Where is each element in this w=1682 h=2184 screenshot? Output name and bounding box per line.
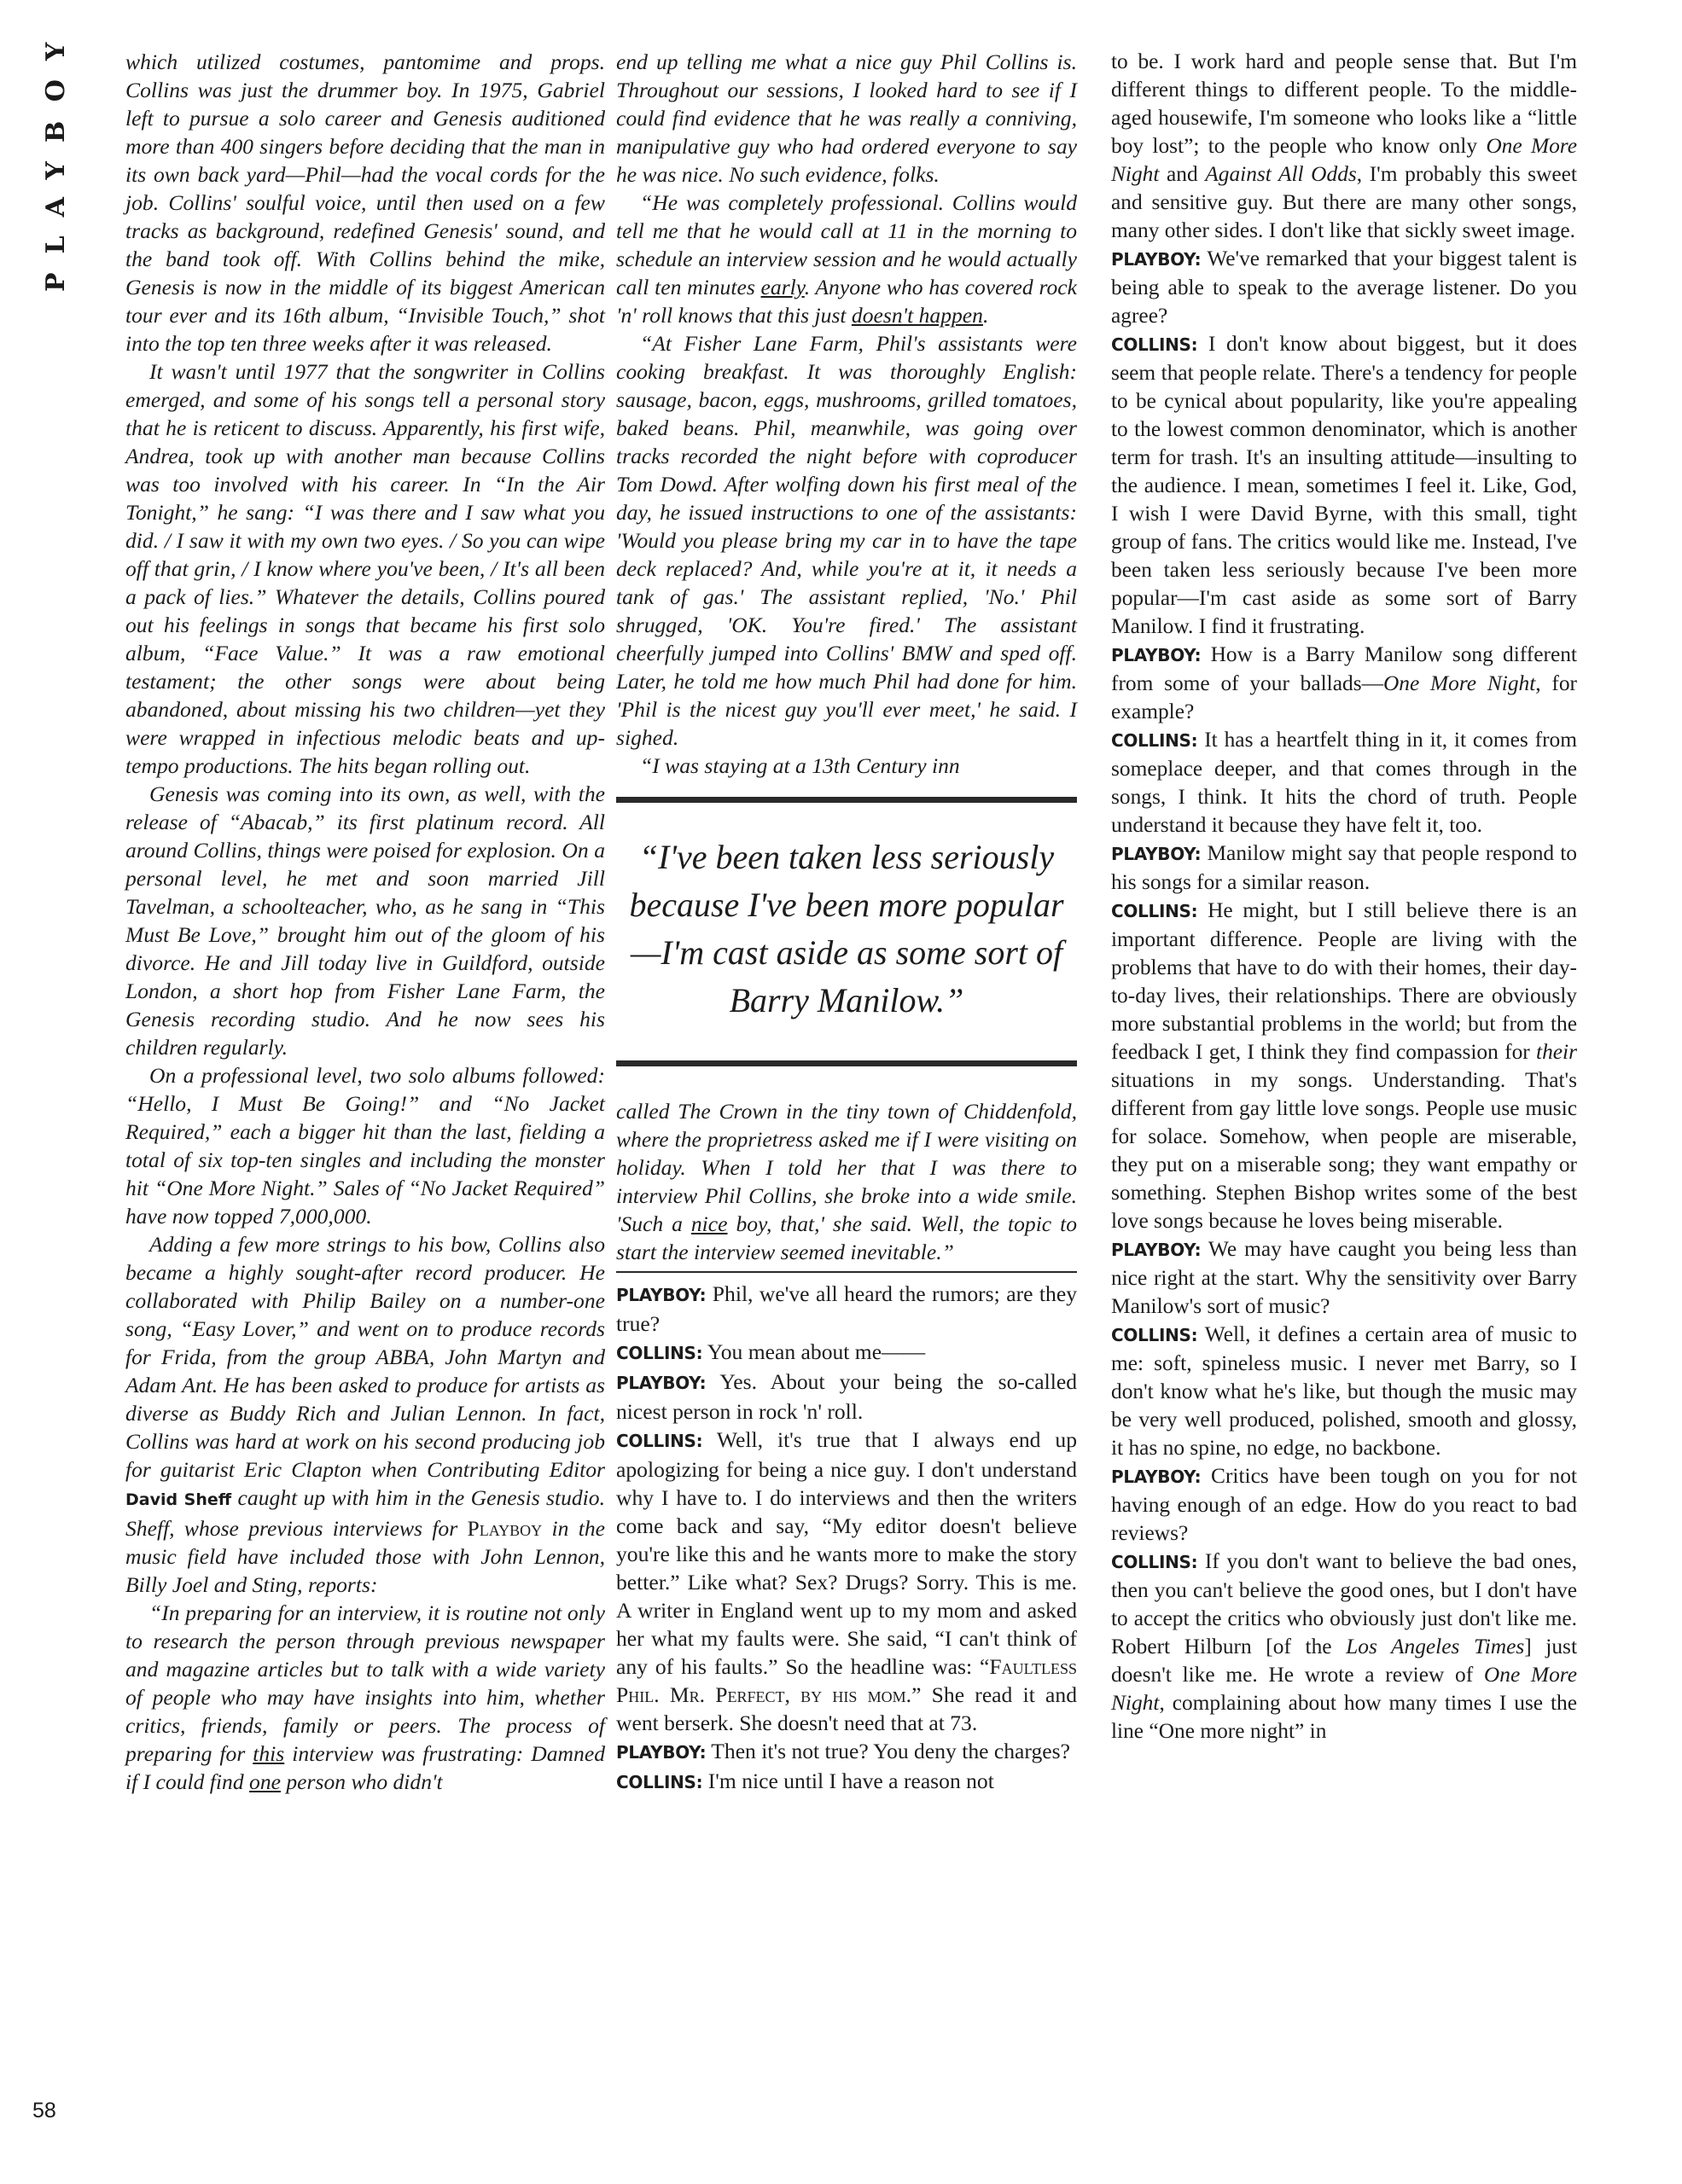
- intro-paragraph: It wasn't until 1977 that the songwriter…: [125, 357, 605, 780]
- qa-exchange: PLAYBOY: Phil, we've all heard the rumor…: [616, 1280, 1077, 1338]
- qa-exchange: COLLINS: Well, it's true that I always e…: [616, 1426, 1077, 1737]
- intro-paragraph: which utilized costumes, pantomime and p…: [125, 48, 605, 357]
- qa-exchange: COLLINS: It has a heartfelt thing in it,…: [1111, 726, 1577, 839]
- qa-section: PLAYBOY: Phil, we've all heard the rumor…: [616, 1280, 1077, 1797]
- pull-quote: “I've been taken less seriously because …: [616, 797, 1077, 1066]
- section-divider: [616, 1271, 1077, 1273]
- qa-exchange: PLAYBOY: How is a Barry Manilow song dif…: [1111, 641, 1577, 726]
- qa-exchange: COLLINS: You mean about me——: [616, 1338, 1077, 1368]
- column-2: end up telling me what a nice guy Phil C…: [616, 48, 1077, 1797]
- intro-paragraph: Genesis was coming into its own, as well…: [125, 780, 605, 1061]
- intro-paragraph: “At Fisher Lane Farm, Phil's assistants …: [616, 329, 1077, 752]
- qa-exchange: COLLINS: If you don't want to believe th…: [1111, 1548, 1577, 1745]
- qa-continuation: to be. I work hard and people sense that…: [1111, 48, 1577, 245]
- intro-paragraph: “I was staying at a 13th Century inn: [616, 752, 1077, 780]
- column-3: to be. I work hard and people sense that…: [1111, 48, 1577, 1745]
- intro-paragraph: called The Crown in the tiny town of Chi…: [616, 1097, 1077, 1266]
- qa-exchange: COLLINS: I'm nice until I have a reason …: [616, 1767, 1077, 1797]
- qa-exchange: COLLINS: Well, it defines a certain area…: [1111, 1321, 1577, 1462]
- magazine-name: Playboy: [468, 1516, 543, 1541]
- intro-paragraph: “He was completely professional. Collins…: [616, 189, 1077, 329]
- qa-exchange: PLAYBOY: Then it's not true? You deny th…: [616, 1737, 1077, 1767]
- playboy-side-logo: PLAYBOY: [34, 41, 68, 297]
- intro-paragraph: “In preparing for an interview, it is ro…: [125, 1599, 605, 1796]
- author-byline: David Sheff: [125, 1490, 231, 1509]
- page-number: 58: [32, 2099, 56, 2123]
- qa-exchange: PLAYBOY: Manilow might say that people r…: [1111, 839, 1577, 897]
- intro-paragraph: On a professional level, two solo albums…: [125, 1061, 605, 1230]
- qa-exchange: PLAYBOY: We've remarked that your bigges…: [1111, 245, 1577, 330]
- qa-exchange: COLLINS: He might, but I still believe t…: [1111, 897, 1577, 1235]
- qa-exchange: PLAYBOY: Yes. About your being the so-ca…: [616, 1368, 1077, 1426]
- intro-paragraph: Adding a few more strings to his bow, Co…: [125, 1230, 605, 1599]
- qa-exchange: COLLINS: I don't know about biggest, but…: [1111, 330, 1577, 641]
- column-1: which utilized costumes, pantomime and p…: [125, 48, 605, 1796]
- qa-exchange: PLAYBOY: We may have caught you being le…: [1111, 1235, 1577, 1321]
- intro-paragraph: end up telling me what a nice guy Phil C…: [616, 48, 1077, 189]
- qa-exchange: PLAYBOY: Critics have been tough on you …: [1111, 1462, 1577, 1548]
